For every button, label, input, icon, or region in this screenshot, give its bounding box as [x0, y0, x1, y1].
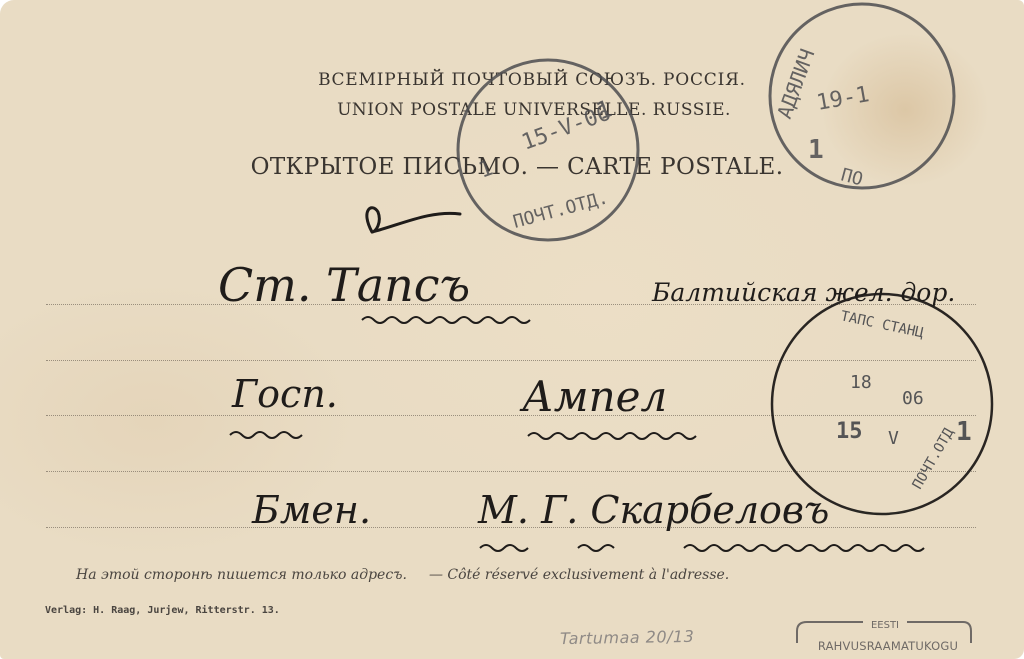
svg-text:V: V: [888, 428, 899, 449]
postcard: ВСЕМІРНЫЙ ПОЧТОВЫЙ СОЮЗЪ. РОССІЯ. UNION …: [0, 0, 1024, 659]
address-only-note-french: — Côté réservé exclusivement à l'adresse…: [429, 567, 729, 583]
ink-overlay: 1 15-V-06 1 ПОЧТ.ОТД. АДЯЛИЧ 19-1 1 ПО 1…: [0, 0, 1024, 659]
address-only-note-russian: На этой сторонѣ пишется только адресъ.: [76, 567, 407, 583]
svg-text:18: 18: [850, 372, 872, 393]
postmark-right: 18 15 06 V 1 ТАПС СТАНЦ ПОЧТ.ОТД: [772, 294, 992, 514]
svg-text:ПОЧТ.ОТД: ПОЧТ.ОТД: [910, 425, 958, 492]
library-stamp-top: EESTI: [795, 620, 975, 631]
publisher-imprint: Verlag: H. Raag, Jurjew, Ritterstr. 13.: [45, 605, 280, 616]
address-line: [46, 415, 976, 416]
handwritten-railway: Балтийская жел. дор.: [652, 278, 955, 307]
svg-text:06: 06: [902, 388, 924, 409]
address-only-note: На этой сторонѣ пишется только адресъ.— …: [76, 567, 729, 583]
handwritten-recipient-name: М. Г. Скарбеловъ: [478, 488, 829, 532]
handwritten-station: Ст. Тапсъ: [218, 258, 470, 312]
postcard-title: ОТКРЫТОЕ ПИСЬМО. — CARTE POSTALE.: [0, 154, 1024, 180]
address-line: [46, 471, 976, 472]
handwritten-recipient-first: Ампел: [522, 372, 667, 421]
library-stamp-bottom: RAHVUSRAAMATUKOGU: [798, 639, 978, 653]
pencil-catalog-note: Tartumaa 20/13: [560, 627, 695, 648]
library-stamp: EESTI RAHVUSRAAMATUKOGU: [795, 617, 975, 659]
header-union-french: UNION POSTALE UNIVERSELLE. RUSSIE.: [0, 100, 1024, 120]
header-union-russian: ВСЕМІРНЫЙ ПОЧТОВЫЙ СОЮЗЪ. РОССІЯ.: [0, 70, 1024, 90]
handwritten-title: Госп.: [232, 372, 338, 416]
svg-text:15: 15: [836, 419, 863, 444]
address-line: [46, 360, 976, 361]
svg-text:1: 1: [956, 417, 972, 447]
handwritten-title-2: Бмен.: [252, 488, 371, 532]
svg-text:ПОЧТ.ОТД.: ПОЧТ.ОТД.: [511, 187, 611, 233]
svg-text:ТАПС СТАНЦ: ТАПС СТАНЦ: [839, 308, 925, 341]
